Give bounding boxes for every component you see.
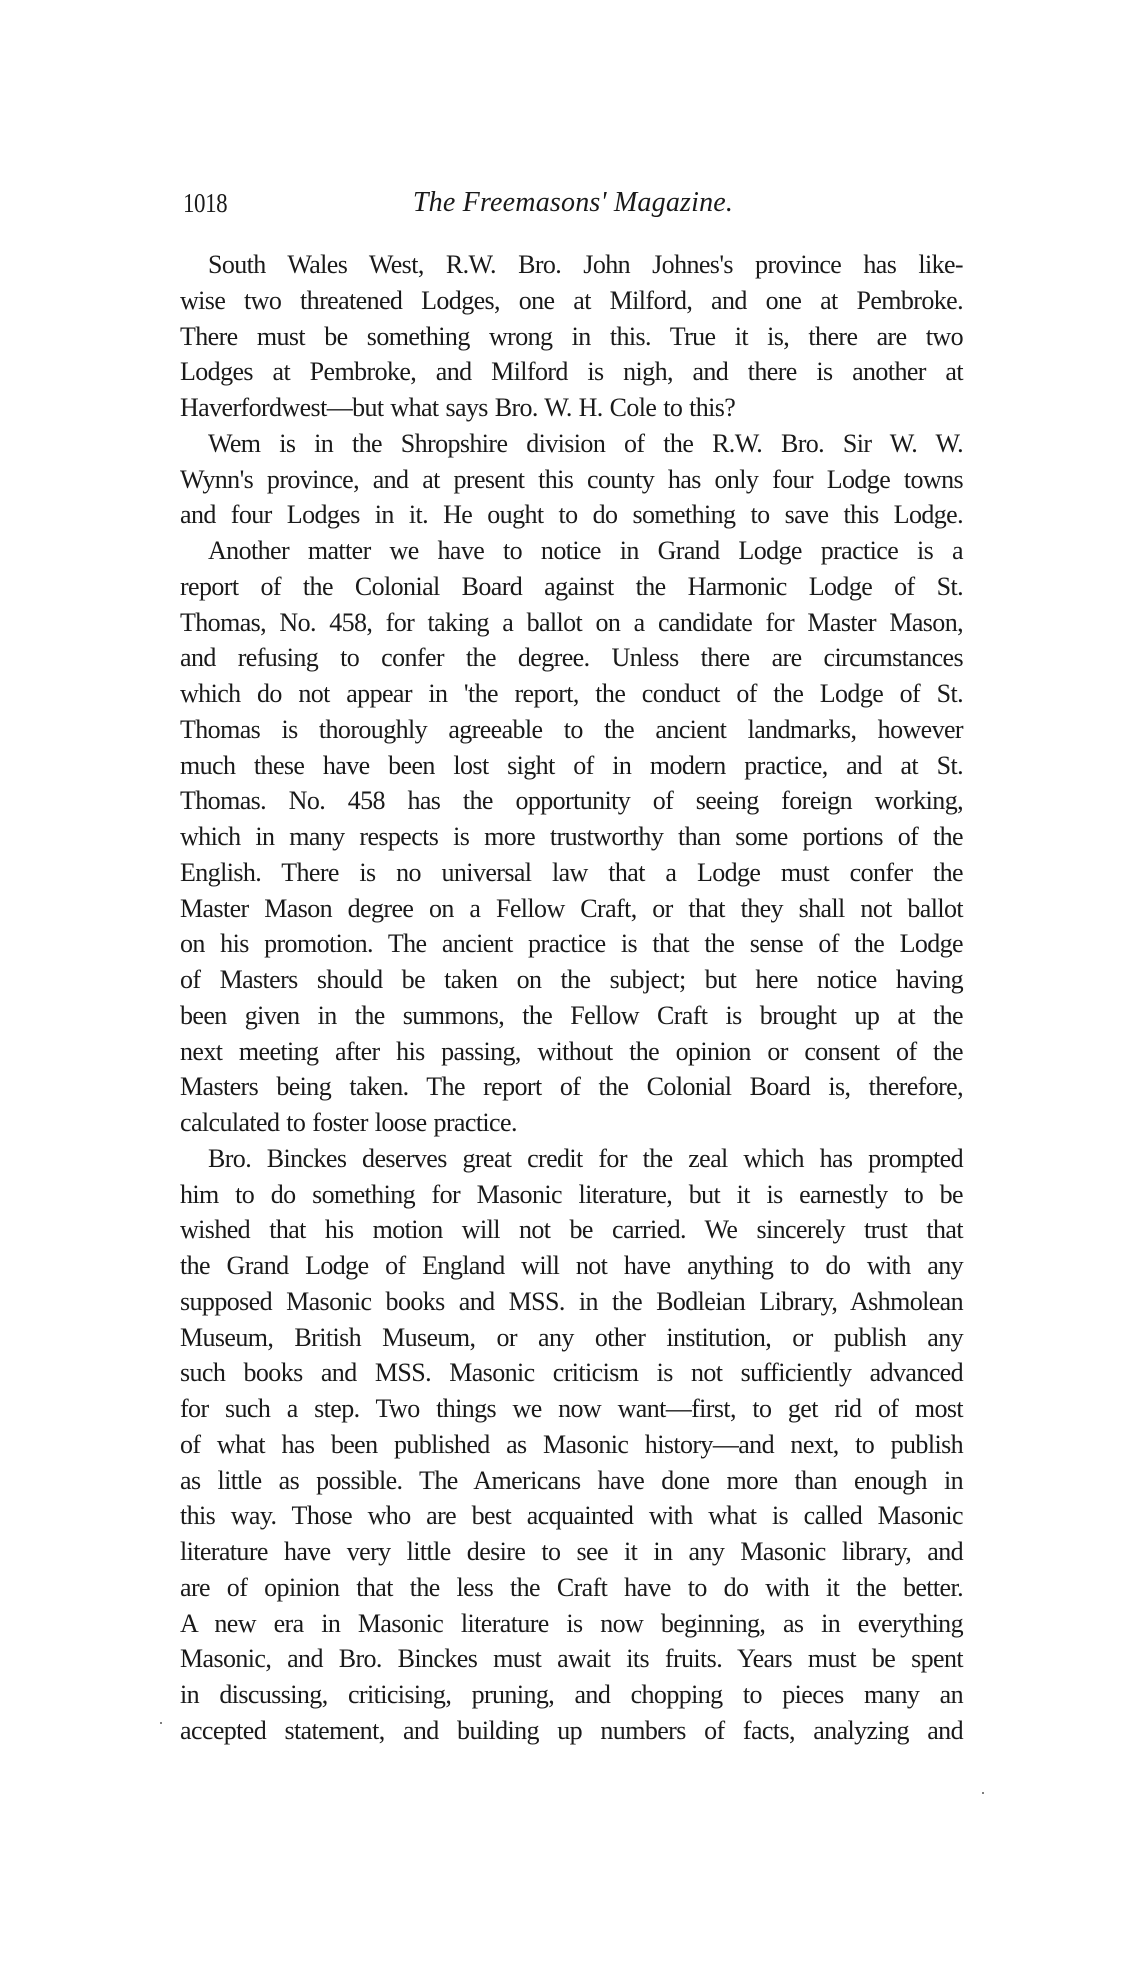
paragraph-4-line: for such a step. Two things we now want—… xyxy=(180,1391,963,1427)
paragraph-1-line: Lodges at Pembroke, and Milford is nigh,… xyxy=(180,354,963,390)
paragraph-4-line: Masonic, and Bro. Binckes must await its… xyxy=(180,1641,963,1677)
paragraph-3-line: been given in the summons, the Fellow Cr… xyxy=(180,998,963,1034)
paragraph-4-line: as little as possible. The Americans hav… xyxy=(180,1463,963,1499)
paragraph-3-line: next meeting after his passing, without … xyxy=(180,1034,963,1070)
paragraph-4-line: in discussing, criticising, pruning, and… xyxy=(180,1677,963,1713)
paragraph-4-line: are of opinion that the less the Craft h… xyxy=(180,1570,963,1606)
paragraph-3-line: English. There is no universal law that … xyxy=(180,855,963,891)
paragraph-4-line: A new era in Masonic literature is now b… xyxy=(180,1606,963,1642)
paragraph-2-line: Wem is in the Shropshire division of the… xyxy=(180,426,963,462)
paragraph-4-line: wished that his motion will not be carri… xyxy=(180,1212,963,1248)
paragraph-4-line: literature have very little desire to se… xyxy=(180,1534,963,1570)
scanned-page: 1018 The Freemasons' Magazine. South Wal… xyxy=(0,0,1147,1966)
paragraph-1-line: South Wales West, R.W. Bro. John Johnes'… xyxy=(180,247,963,283)
paragraph-3-line: on his promotion. The ancient practice i… xyxy=(180,926,963,962)
paragraph-4-line: such books and MSS. Masonic criticism is… xyxy=(180,1355,963,1391)
paragraph-1-line: wise two threatened Lodges, one at Milfo… xyxy=(180,283,963,319)
paragraph-3-line: Master Mason degree on a Fellow Craft, o… xyxy=(180,891,963,927)
paragraph-4-line: supposed Masonic books and MSS. in the B… xyxy=(180,1284,963,1320)
paragraph-4-line: Museum, British Museum, or any other ins… xyxy=(180,1320,963,1356)
paragraph-4-line: of what has been published as Masonic hi… xyxy=(180,1427,963,1463)
paragraph-3-line: calculated to foster loose practice. xyxy=(180,1105,963,1141)
paragraph-3-line: and refusing to confer the degree. Unles… xyxy=(180,640,963,676)
scan-speck xyxy=(160,1722,162,1724)
paragraph-4-line: accepted statement, and building up numb… xyxy=(180,1713,963,1749)
paragraph-3-line: report of the Colonial Board against the… xyxy=(180,569,963,605)
paragraph-3-line: of Masters should be taken on the subjec… xyxy=(180,962,963,998)
paragraph-3-line: Thomas, No. 458, for taking a ballot on … xyxy=(180,605,963,641)
paragraph-4-line: this way. Those who are best acquainted … xyxy=(180,1498,963,1534)
paragraph-1-line: There must be something wrong in this. T… xyxy=(180,319,963,355)
article-body: South Wales West, R.W. Bro. John Johnes'… xyxy=(180,247,963,1749)
paragraph-1-line: Haverfordwest—but what says Bro. W. H. C… xyxy=(180,390,963,426)
paragraph-3-line: Thomas. No. 458 has the opportunity of s… xyxy=(180,783,963,819)
paragraph-4-line: the Grand Lodge of England will not have… xyxy=(180,1248,963,1284)
running-title: The Freemasons' Magazine. xyxy=(183,186,963,220)
paragraph-2-line: and four Lodges in it. He ought to do so… xyxy=(180,497,963,533)
paragraph-3-line: which in many respects is more trustwort… xyxy=(180,819,963,855)
paragraph-3-line: Masters being taken. The report of the C… xyxy=(180,1069,963,1105)
paragraph-2-line: Wynn's province, and at present this cou… xyxy=(180,462,963,498)
paragraph-3-line: which do not appear in 'the report, the … xyxy=(180,676,963,712)
paragraph-4-line: Bro. Binckes deserves great credit for t… xyxy=(180,1141,963,1177)
running-head: 1018 The Freemasons' Magazine. xyxy=(183,186,963,220)
paragraph-3-line: Another matter we have to notice in Gran… xyxy=(180,533,963,569)
paragraph-4-line: him to do something for Masonic literatu… xyxy=(180,1177,963,1213)
scan-speck xyxy=(982,1792,984,1794)
paragraph-3-line: much these have been lost sight of in mo… xyxy=(180,748,963,784)
paragraph-3-line: Thomas is thoroughly agreeable to the an… xyxy=(180,712,963,748)
